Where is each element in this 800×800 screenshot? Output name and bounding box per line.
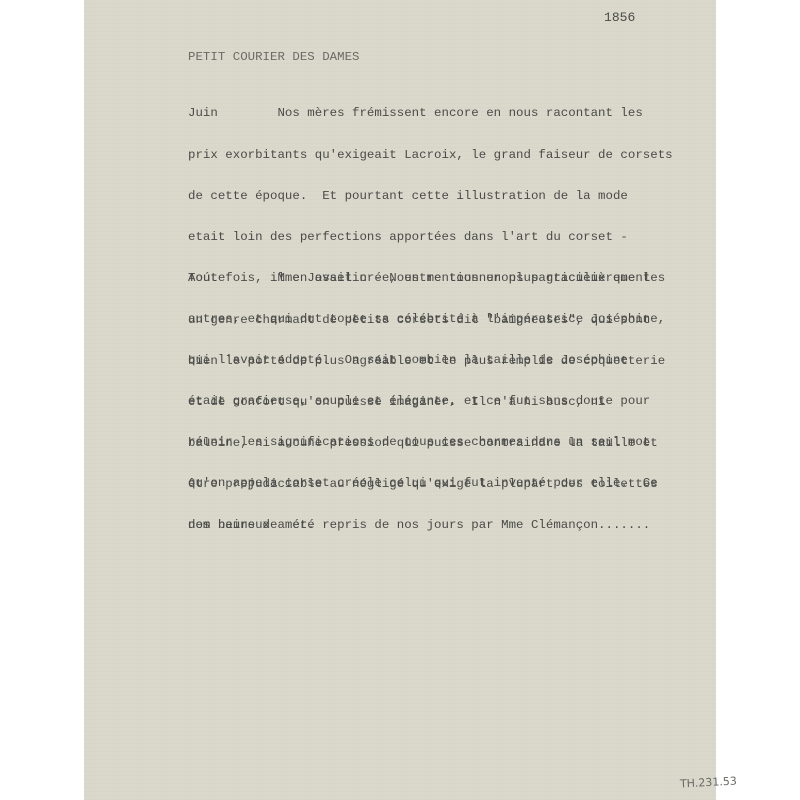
text-line: des bains de mer. (188, 519, 665, 533)
handwritten-shelfmark: TH.231.53 (680, 775, 737, 791)
text-line: et de confort qu'on puisse imaginer. Il … (188, 396, 665, 410)
text-line: prix exorbitants qu'exigeait Lacroix, le… (188, 149, 673, 163)
page-number: 1856 (604, 10, 635, 25)
paragraph-aout: Aoút Mme Josselin - Nous mentionnerons p… (188, 245, 665, 560)
text-line: baleine, ni aucune pression qui puisse c… (188, 437, 665, 451)
document-heading: PETIT COURIER DES DAMES (188, 50, 359, 64)
text-line: être prejudiciable au négligé qu'exige l… (188, 478, 665, 492)
document-page: 1856 PETIT COURIER DES DAMES Juin Nos mè… (84, 0, 716, 800)
text-line: etait loin des perfections apportées dan… (188, 231, 673, 245)
text-line: Aoút Mme Josselin - Nous mentionnerons p… (188, 272, 665, 286)
text-line: un genre charmant de petits corsets dit … (188, 314, 665, 328)
text-line: bien le porté de plus agréable et le plu… (188, 355, 665, 369)
text-line: Juin Nos mères frémissent encore en nous… (188, 107, 673, 121)
text-line: de cette époque. Et pourtant cette illus… (188, 190, 673, 204)
